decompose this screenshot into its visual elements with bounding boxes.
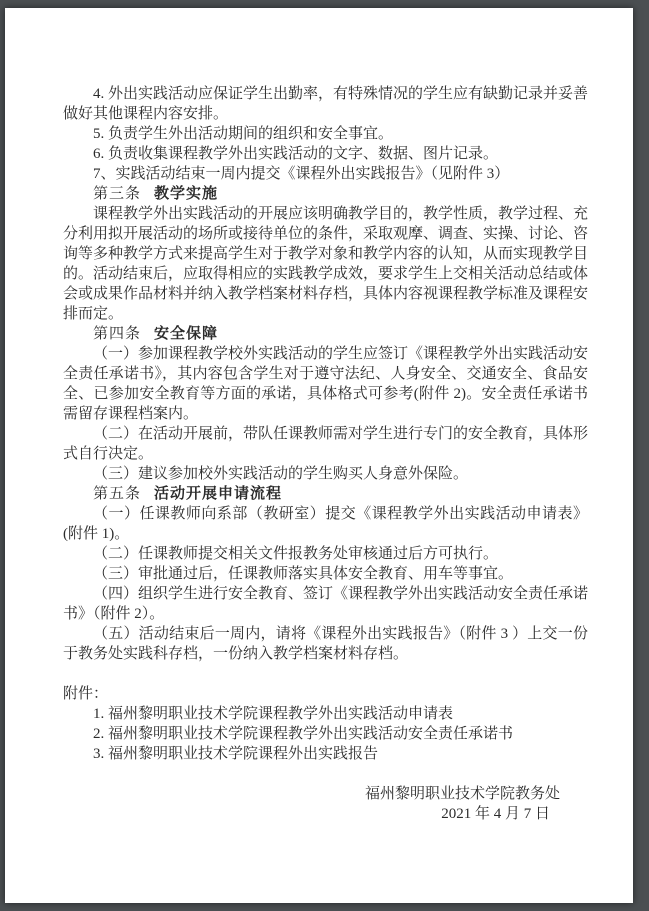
article-3-number: 第三条 [93, 186, 141, 202]
document-page: 4. 外出实践活动应保证学生出勤率，有特殊情况的学生应有缺勤记录并妥善做好其他课… [5, 8, 633, 903]
article-4-clause-1: （一）参加课程教学校外实践活动的学生应签订《课程教学外出实践活动安全责任承诺书》… [63, 344, 588, 424]
article-5-clause-1: （一）任课教师向系部（教研室）提交《课程教学外出实践活动申请表》(附件 1)。 [63, 504, 588, 544]
article-3-title: 教学实施 [154, 185, 218, 202]
article-4-clause-3: （三）建议参加校外实践活动的学生购买人身意外保险。 [63, 464, 588, 484]
numbered-item-5: 5. 负责学生外出活动期间的组织和安全事宜。 [63, 124, 588, 144]
pdf-viewer-background: 4. 外出实践活动应保证学生出勤率，有特殊情况的学生应有缺勤记录并妥善做好其他课… [0, 0, 649, 911]
article-4-number: 第四条 [93, 326, 141, 342]
attachments-label: 附件： [63, 684, 588, 704]
article-5-clause-3: （三）审批通过后，任课教师落实具体安全教育、用车等事宜。 [63, 564, 588, 584]
signature-date: 2021 年 4 月 7 日 [63, 804, 560, 824]
article-5-number: 第五条 [93, 486, 141, 502]
article-5-heading: 第五条活动开展申请流程 [63, 484, 588, 504]
article-3-heading: 第三条教学实施 [63, 184, 588, 204]
article-5-clause-2: （二）任课教师提交相关文件报教务处审核通过后方可执行。 [63, 544, 588, 564]
numbered-item-6: 6. 负责收集课程教学外出实践活动的文字、数据、图片记录。 [63, 144, 588, 164]
attachment-item-3: 3. 福州黎明职业技术学院课程外出实践报告 [63, 744, 588, 764]
document-content: 4. 外出实践活动应保证学生出勤率，有特殊情况的学生应有缺勤记录并妥善做好其他课… [5, 8, 633, 824]
numbered-item-4: 4. 外出实践活动应保证学生出勤率，有特殊情况的学生应有缺勤记录并妥善做好其他课… [63, 84, 588, 124]
article-5-title: 活动开展申请流程 [154, 485, 282, 502]
numbered-item-7: 7、实践活动结束一周内提交《课程外出实践报告》（见附件 3） [63, 164, 588, 184]
attachment-item-2: 2. 福州黎明职业技术学院课程教学外出实践活动安全责任承诺书 [63, 724, 588, 744]
article-3-body: 课程教学外出实践活动的开展应该明确教学目的，教学性质，教学过程、充分利用拟开展活… [63, 204, 588, 324]
signature-organization: 福州黎明职业技术学院教务处 [63, 784, 560, 804]
article-5-clause-5: （五）活动结束后一周内，请将《课程外出实践报告》（附件 3 ）上交一份于教务处实… [63, 624, 588, 664]
article-4-clause-2: （二）在活动开展前，带队任课教师需对学生进行专门的安全教育，具体形式自行决定。 [63, 424, 588, 464]
article-5-clause-4: （四）组织学生进行安全教育、签订《课程教学外出实践活动安全责任承诺书》（附件 2… [63, 584, 588, 624]
article-4-title: 安全保障 [154, 325, 218, 342]
article-4-heading: 第四条安全保障 [63, 324, 588, 344]
signature-block: 福州黎明职业技术学院教务处 2021 年 4 月 7 日 [63, 784, 588, 824]
attachment-item-1: 1. 福州黎明职业技术学院课程教学外出实践活动申请表 [63, 704, 588, 724]
